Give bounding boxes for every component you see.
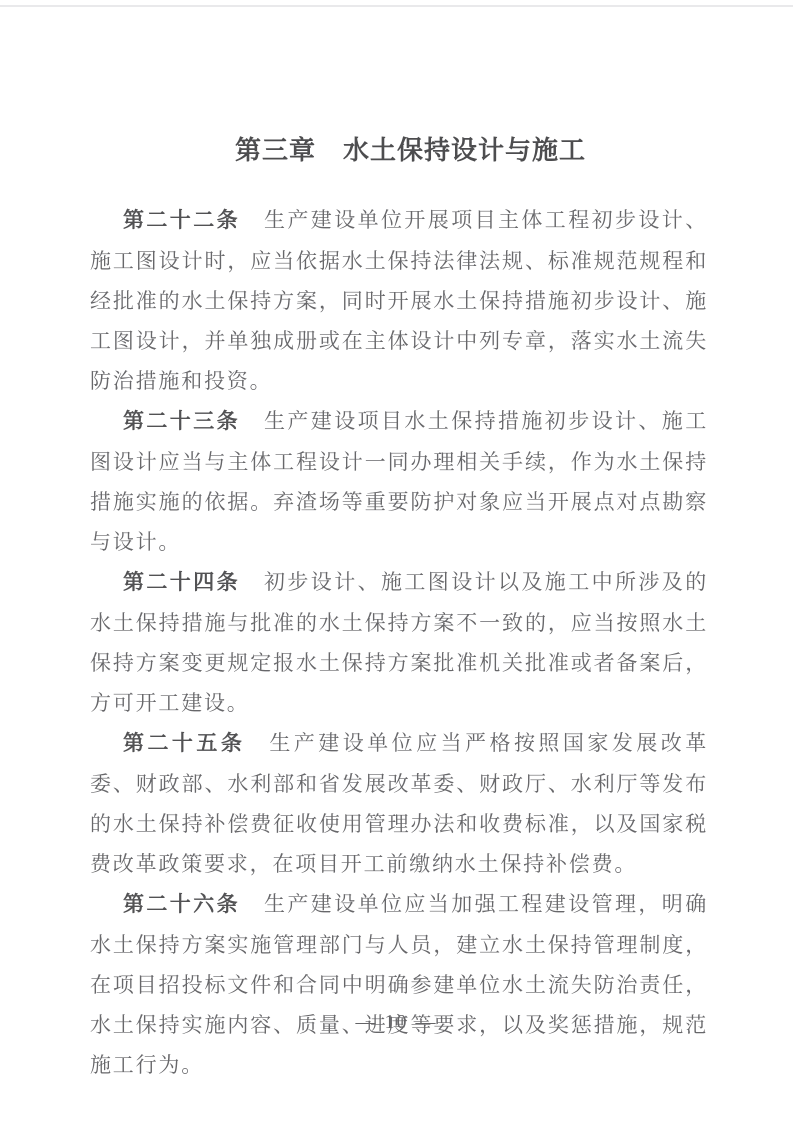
article-number: 第二十四条 [123,571,240,594]
document-page: 第三章 水土保持设计与施工 第二十二条生产建设单位开展项目主体工程初步设计、施工… [0,0,793,1122]
article-text: 生产建设单位开展项目主体工程初步设计、施工图设计时，应当依据水土保持法律法规、标… [90,208,708,393]
article-paragraph: 第二十四条初步设计、施工图设计以及施工中所涉及的水土保持措施与批准的水土保持方案… [90,562,708,723]
article-paragraph: 第二十六条生产建设单位应当加强工程建设管理，明确水土保持方案实施管理部门与人员，… [90,884,708,1085]
article-number: 第二十三条 [123,410,240,433]
article-number: 第二十五条 [123,732,245,755]
article-number: 第二十六条 [123,893,240,916]
scan-artifact-line [0,5,793,7]
article-paragraph: 第二十二条生产建设单位开展项目主体工程初步设计、施工图设计时，应当依据水土保持法… [90,200,708,401]
article-number: 第二十二条 [123,209,240,232]
article-paragraph: 第二十三条生产建设项目水土保持措施初步设计、施工图设计应当与主体工程设计一同办理… [90,401,708,562]
article-text: 生产建设单位应当加强工程建设管理，明确水土保持方案实施管理部门与人员，建立水土保… [90,892,708,1077]
document-body: 第二十二条生产建设单位开展项目主体工程初步设计、施工图设计时，应当依据水土保持法… [90,200,708,1085]
article-paragraph: 第二十五条生产建设单位应当严格按照国家发展改革委、财政部、水利部和省发展改革委、… [90,723,708,884]
chapter-title: 第三章 水土保持设计与施工 [14,130,793,167]
page-number: — 10 — [0,1008,793,1036]
